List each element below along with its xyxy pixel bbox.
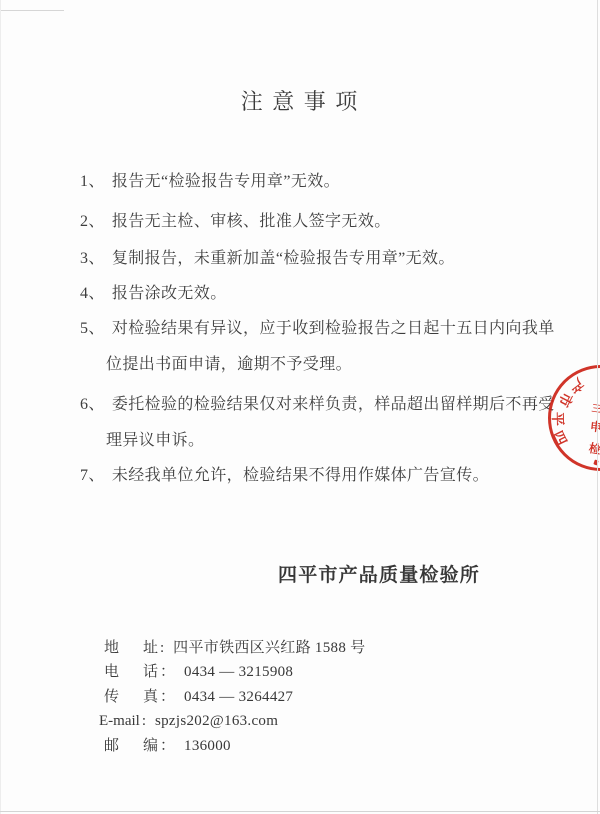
note-item-3: 3、复制报告，未重新加盖“检验报告专用章”无效。 — [80, 248, 568, 270]
contact-value-phone: 0434 — 3215908 — [184, 664, 293, 680]
contact-block: 地址:四平市铁西区兴红路 1588 号 电话：0434 — 3215908 传真… — [104, 636, 365, 758]
contact-label: 地址 — [104, 636, 158, 660]
contact-row-postcode: 邮编：136000 — [104, 734, 365, 758]
contact-label-char: 址 — [143, 636, 158, 660]
contact-row-phone: 电话：0434 — 3215908 — [104, 660, 365, 684]
document-page: 注 意 事 项 1、报告无“检验报告专用章”无效。 2、报告无主检、审核、批准人… — [0, 0, 600, 814]
contact-colon: ： — [160, 660, 175, 684]
contact-row-email: E-mail:spzjs202@163.com — [104, 709, 365, 733]
seal-arc-char: 产 — [565, 374, 585, 394]
note-item-1: 1、报告无“检验报告专用章”无效。 — [80, 171, 568, 193]
note-text: 报告涂改无效。 — [112, 285, 227, 302]
contact-label-char: 地 — [104, 636, 119, 660]
contact-colon: : — [142, 709, 146, 733]
contact-colon: : — [160, 636, 164, 660]
contact-value-address: 四平市铁西区兴红路 1588 号 — [173, 640, 365, 656]
page-title: 注 意 事 项 — [0, 85, 600, 116]
note-item-6: 6、委托检验的检验结果仅对来样负责，样品超出留样期后不再受 理异议申诉。 — [80, 394, 568, 452]
contact-colon: ： — [160, 685, 175, 709]
note-text: 复制报告，未重新加盖“检验报告专用章”无效。 — [112, 250, 455, 267]
note-number: 6、 — [80, 396, 105, 413]
contact-label-char: 电 — [104, 660, 119, 684]
contact-label-char: 传 — [104, 685, 119, 709]
contact-value-email: spzjs202@163.com — [155, 713, 278, 729]
note-item-7: 7、未经我单位允许，检验结果不得用作媒体广告宣传。 — [80, 465, 568, 487]
contact-label-text: E-mail — [99, 709, 140, 733]
contact-label: 传真 — [104, 685, 158, 709]
note-text-continued: 位提出书面申请，逾期不予受理。 — [106, 354, 568, 376]
note-number: 5、 — [80, 320, 105, 337]
note-number: 4、 — [80, 285, 105, 302]
seal-fragment-glyph: 三 — [591, 399, 600, 415]
note-number: 7、 — [80, 467, 105, 484]
contact-label: E-mail — [99, 709, 140, 733]
contact-label-char: 话 — [143, 660, 158, 684]
note-item-5: 5、对检验结果有异议，应于收到检验报告之日起十五日内向我单 位提出书面申请，逾期… — [80, 318, 568, 376]
contact-label-char: 编 — [143, 734, 158, 758]
contact-colon: ： — [160, 734, 175, 758]
scan-artifact-bottom — [0, 811, 600, 812]
contact-label: 邮编 — [104, 734, 158, 758]
contact-row-address: 地址:四平市铁西区兴红路 1588 号 — [104, 636, 365, 660]
note-text: 对检验结果有异议，应于收到检验报告之日起十五日内向我单 — [112, 320, 555, 337]
contact-row-fax: 传真：0434 — 3264427 — [104, 685, 365, 709]
scan-artifact-top — [0, 10, 64, 11]
organization-name: 四平市产品质量检验所 — [278, 560, 480, 587]
contact-value-fax: 0434 — 3264427 — [184, 689, 293, 705]
seal-fragment-glyph: 检 — [588, 439, 600, 458]
note-item-4: 4、报告涂改无效。 — [80, 283, 568, 305]
scan-artifact-left — [0, 0, 1, 814]
contact-value-postcode: 136000 — [184, 738, 231, 754]
note-number: 3、 — [80, 250, 105, 267]
contact-label: 电话 — [104, 660, 158, 684]
note-text-continued: 理异议申诉。 — [106, 430, 568, 452]
note-text: 未经我单位允许，检验结果不得用作媒体广告宣传。 — [112, 467, 489, 484]
note-text: 委托检验的检验结果仅对来样负责，样品超出留样期后不再受 — [112, 396, 555, 413]
note-text: 报告无“检验报告专用章”无效。 — [112, 173, 340, 190]
note-text: 报告无主检、审核、批准人签字无效。 — [112, 213, 391, 230]
note-item-2: 2、报告无主检、审核、批准人签字无效。 — [80, 211, 568, 233]
contact-label-char: 邮 — [104, 734, 119, 758]
contact-label-char: 真 — [143, 685, 158, 709]
note-number: 2、 — [80, 213, 105, 230]
seal-fragment-glyph: 申 — [589, 417, 600, 435]
scan-artifact-right — [597, 0, 598, 814]
note-number: 1、 — [80, 173, 105, 190]
